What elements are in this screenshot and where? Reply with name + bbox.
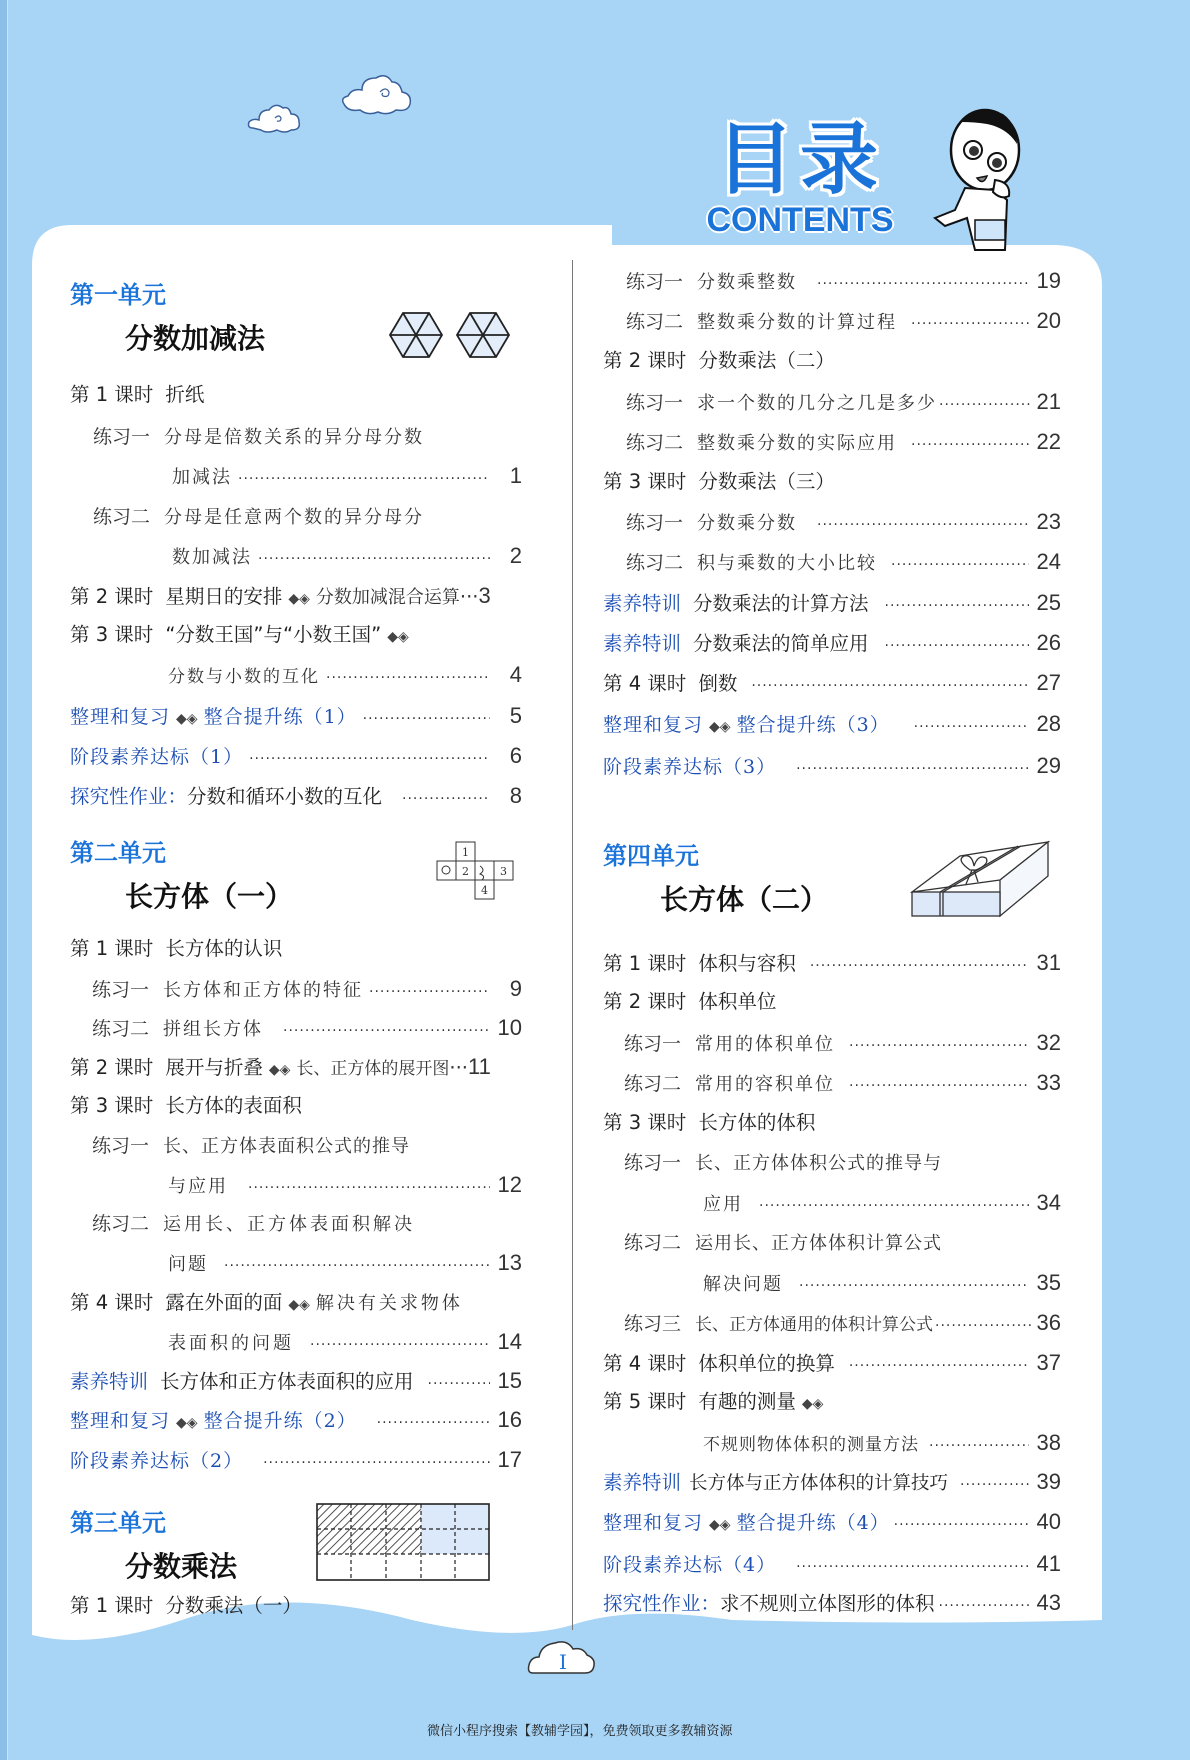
page-number: 3 [478, 583, 490, 609]
toc-entry[interactable]: 第 3 课时 分数乘法（三） [603, 469, 1061, 495]
toc-entry[interactable]: 练习一 长、正方体表面积公式的推导 [92, 1133, 522, 1160]
toc-entry[interactable]: 素养特训 分数乘法的简单应用 26 [603, 630, 1061, 659]
toc-entry[interactable]: 第 3 课时 长方体的表面积 [70, 1093, 522, 1119]
toc-entry-continuation[interactable]: 加减法 1 [172, 463, 522, 492]
toc-entry[interactable]: 练习二 积与乘数的大小比较 24 [626, 549, 1061, 578]
leader-dots [849, 1073, 1029, 1099]
page-number: 33 [1035, 1070, 1061, 1096]
toc-entry[interactable]: 练习二 运用长、正方体体积计算公式 [624, 1230, 1061, 1257]
page-number: 41 [1035, 1551, 1061, 1577]
toc-entry-continuation[interactable]: 解决问题 35 [703, 1270, 1061, 1299]
toc-entry[interactable]: 练习二 运用长、正方体表面积解决 [92, 1211, 522, 1238]
leader-dots [796, 756, 1029, 782]
leader-dots [377, 1410, 490, 1436]
toc-entry[interactable]: 第 1 课时 分数乘法（一） [70, 1593, 522, 1619]
page-number: 15 [496, 1368, 522, 1394]
leader-dots [402, 786, 490, 812]
page-number: 6 [496, 743, 522, 769]
page-number: 21 [1035, 389, 1061, 415]
toc-entry[interactable]: 第 3 课时 “分数王国”与“小数王国” ◆◈ [70, 622, 522, 650]
page-number: 19 [1035, 268, 1061, 294]
page-number: 34 [1035, 1190, 1061, 1216]
toc-entry[interactable]: 第 2 课时 分数乘法（二） [603, 348, 1061, 374]
page-number: 38 [1035, 1430, 1061, 1456]
diamond-separator-icon: ◆◈ [288, 1292, 310, 1318]
toc-entry[interactable]: 第 1 课时 体积与容积 31 [603, 950, 1061, 979]
leader-dots [796, 1554, 1029, 1580]
leader-dots [258, 546, 490, 572]
unit-4-name: 长方体（二） [660, 887, 828, 913]
toc-entry[interactable]: 第 1 课时 长方体的认识 [70, 936, 522, 962]
leader-dots [939, 1593, 1031, 1619]
toc-entry[interactable]: 第 2 课时 展开与折叠 ◆◈ 长、正方体的展开图 ··· 11 [70, 1054, 522, 1083]
page-number: 37 [1035, 1350, 1061, 1376]
toc-entry-continuation[interactable]: 应用 34 [703, 1190, 1061, 1219]
page-number: 8 [496, 783, 522, 809]
toc-entry[interactable]: 素养特训 长方体和正方体表面积的应用 15 [70, 1368, 522, 1397]
toc-entry[interactable]: 练习三 长、正方体通用的体积计算公式 36 [624, 1310, 1061, 1339]
leader-dots [960, 1472, 1029, 1498]
toc-entry[interactable]: 阶段素养达标（4） 41 [603, 1551, 1061, 1580]
toc-entry[interactable]: 练习一 长、正方体体积公式的推导与 [624, 1150, 1061, 1177]
page-number: 1 [496, 463, 522, 489]
page-number: 28 [1035, 711, 1061, 737]
toc-entry[interactable]: 练习一 分数乘整数 19 [626, 268, 1061, 297]
toc-entry-continuation[interactable]: 不规则物体体积的测量方法 38 [703, 1430, 1061, 1459]
unit-4-label: 第四单元 [603, 843, 699, 869]
page-number: 26 [1035, 630, 1061, 656]
mascot-boy-icon [925, 100, 1035, 260]
page-number: 24 [1035, 549, 1061, 575]
unit-3-label: 第三单元 [70, 1510, 166, 1536]
unit-1-label: 第一单元 [70, 282, 166, 308]
unit-2-name: 长方体（一） [125, 884, 293, 910]
diamond-separator-icon: ◆◈ [176, 1410, 198, 1436]
leader-dots [263, 1450, 490, 1476]
cube-net-icon: 1 2 3 4 [436, 840, 516, 902]
leader-dots [894, 1512, 1031, 1538]
page-number: 29 [1035, 753, 1061, 779]
leader-dots [935, 1313, 1033, 1339]
toc-entry[interactable]: 第 2 课时 星期日的安排 ◆◈ 分数加减混合运算 ··· 3 [70, 583, 522, 612]
leader-dots [751, 673, 1029, 699]
leader-dots [817, 271, 1029, 297]
page-number: 9 [496, 976, 522, 1002]
unit-1-name: 分数加减法 [125, 326, 265, 352]
toc-entry-continuation[interactable]: 与应用 12 [168, 1172, 522, 1201]
footer-watermark: 微信小程序搜索【教辅学园】，免费领取更多教辅资源 [427, 1720, 733, 1739]
leader-dots [238, 466, 490, 492]
leader-dots [369, 979, 490, 1005]
toc-entry[interactable]: 素养特训 长方体与正方体体积的计算技巧 39 [603, 1469, 1061, 1498]
diamond-separator-icon: ◆◈ [269, 1057, 291, 1083]
toc-entry[interactable]: 第 5 课时 有趣的测量 ◆◈ [603, 1389, 1061, 1417]
toc-entry[interactable]: 练习二 整数乘分数的计算过程 20 [626, 308, 1061, 337]
toc-entry[interactable]: 练习二 常用的容积单位 33 [624, 1070, 1061, 1099]
hexagon-fractions-icon [385, 305, 515, 365]
leader-dots [939, 392, 1033, 418]
diamond-separator-icon: ◆◈ [709, 714, 731, 740]
page-binding-edge [0, 0, 8, 1760]
page-number: 20 [1035, 308, 1061, 334]
page-number: 5 [496, 703, 522, 729]
toc-entry[interactable]: 整理和复习 ◆◈ 整合提升练（4） 40 [603, 1509, 1061, 1538]
page-number: 43 [1035, 1590, 1061, 1616]
diamond-separator-icon: ◆◈ [802, 1391, 824, 1417]
toc-entry[interactable]: 练习一 长方体和正方体的特征 9 [92, 976, 522, 1005]
leader-dots [914, 714, 1029, 740]
page-number-cloud-icon: I [527, 1637, 597, 1677]
leader-dots [799, 1273, 1029, 1299]
toc-entry[interactable]: 练习一 求一个数的几分之几是多少 21 [626, 389, 1061, 418]
page-number: 22 [1035, 429, 1061, 455]
title-chinese: 目录 [690, 115, 910, 205]
toc-entry-continuation[interactable]: 分数与小数的互化 4 [168, 662, 522, 691]
toc-entry[interactable]: 整理和复习 ◆◈ 整合提升练（3） 28 [603, 711, 1061, 740]
leader-dots [849, 1353, 1029, 1379]
leader-dots [885, 633, 1029, 659]
leader-dots [891, 552, 1029, 578]
leader-dots [911, 432, 1029, 458]
page-number: 11 [468, 1054, 491, 1080]
toc-entry[interactable]: 探究性作业： 求不规则立体图形的体积 43 [603, 1590, 1061, 1619]
page-number: 25 [1035, 590, 1061, 616]
toc-entry[interactable]: 整理和复习 ◆◈ 整合提升练（1） 5 [70, 703, 522, 732]
page-number: 35 [1035, 1270, 1061, 1296]
diamond-separator-icon: ◆◈ [288, 586, 310, 612]
leader-dots [249, 746, 490, 772]
toc-entry[interactable]: 素养特训 分数乘法的计算方法 25 [603, 590, 1061, 619]
toc-entry[interactable]: 第 3 课时 长方体的体积 [603, 1110, 1061, 1136]
leader-dots [363, 706, 490, 732]
page-number: 36 [1035, 1310, 1061, 1336]
diamond-separator-icon: ◆◈ [387, 624, 409, 650]
toc-entry[interactable]: 探究性作业： 分数和循环小数的互化 8 [70, 783, 522, 812]
leader-dots [810, 953, 1029, 979]
leader-dots [283, 1018, 490, 1044]
leader-dots [885, 593, 1029, 619]
page-number: 2 [496, 543, 522, 569]
leader-dots [326, 665, 490, 691]
page-number: 10 [496, 1015, 522, 1041]
page-number: 40 [1035, 1509, 1061, 1535]
page-number: 32 [1035, 1030, 1061, 1056]
toc-entry[interactable]: 第 2 课时 体积单位 [603, 989, 1061, 1015]
leader-dots [224, 1253, 490, 1279]
toc-entry[interactable]: 阶段素养达标（3） 29 [603, 753, 1061, 782]
page-number: 4 [496, 662, 522, 688]
column-divider [572, 260, 573, 1630]
leader-dots [849, 1033, 1029, 1059]
svg-text:4: 4 [481, 884, 488, 897]
svg-text:I: I [559, 1650, 567, 1674]
toc-entry[interactable]: 整理和复习 ◆◈ 整合提升练（2） 16 [70, 1407, 522, 1436]
gift-box-icon [910, 840, 1050, 920]
toc-entry[interactable]: 练习二 分母是任意两个数的异分母分 [93, 504, 523, 531]
toc-entry[interactable]: 第 4 课时 倒数 27 [603, 670, 1061, 699]
fraction-grid-icon [316, 1503, 490, 1581]
contents-title: 目录 CONTENTS [690, 115, 910, 240]
page-number: 31 [1035, 950, 1061, 976]
leader-dots [248, 1175, 490, 1201]
toc-entry-continuation[interactable]: 数加减法 2 [172, 543, 522, 572]
leader-dots [310, 1332, 490, 1358]
cloud-icon [338, 70, 418, 120]
leader-dots [759, 1193, 1029, 1219]
toc-entry-continuation[interactable]: 表面积的问题 14 [168, 1329, 522, 1358]
toc-entry[interactable]: 练习一 分母是倍数关系的异分母分数 [93, 424, 523, 451]
toc-entry[interactable]: 阶段素养达标（1） 6 [70, 743, 522, 772]
cloud-icon [245, 98, 305, 138]
toc-entry[interactable]: 练习二 拼组长方体 10 [92, 1015, 522, 1044]
title-english: CONTENTS [690, 201, 910, 240]
svg-text:3: 3 [500, 865, 507, 878]
leader-dots [911, 311, 1029, 337]
toc-entry[interactable]: 阶段素养达标（2） 17 [70, 1447, 522, 1476]
diamond-separator-icon: ◆◈ [176, 706, 198, 732]
toc-entry[interactable]: 第 4 课时 露在外面的面 ◆◈ 解决有关求物体 [70, 1290, 522, 1318]
toc-entry[interactable]: 第 1 课时 折纸 [70, 382, 520, 408]
leader-dots [929, 1433, 1029, 1459]
page-number: 17 [496, 1447, 522, 1473]
toc-entry[interactable]: 第 4 课时 体积单位的换算 37 [603, 1350, 1061, 1379]
page-number: 16 [496, 1407, 522, 1433]
unit-2-label: 第二单元 [70, 840, 166, 866]
page-number: 12 [496, 1172, 522, 1198]
toc-entry[interactable]: 练习一 分数乘分数 23 [626, 509, 1061, 538]
unit-3-name: 分数乘法 [125, 1554, 237, 1580]
page-number: 13 [496, 1250, 522, 1276]
toc-entry[interactable]: 练习二 整数乘分数的实际应用 22 [626, 429, 1061, 458]
diamond-separator-icon: ◆◈ [709, 1512, 731, 1538]
page-number: 23 [1035, 509, 1061, 535]
leader-dots [817, 512, 1029, 538]
page-number: 39 [1035, 1469, 1061, 1495]
svg-text:2: 2 [462, 865, 469, 878]
leader-dots [428, 1371, 490, 1397]
toc-entry-continuation[interactable]: 问题 13 [168, 1250, 522, 1279]
svg-text:1: 1 [462, 846, 469, 859]
toc-entry[interactable]: 练习一 常用的体积单位 32 [624, 1030, 1061, 1059]
page-number: 14 [496, 1329, 522, 1355]
page-number: 27 [1035, 670, 1061, 696]
